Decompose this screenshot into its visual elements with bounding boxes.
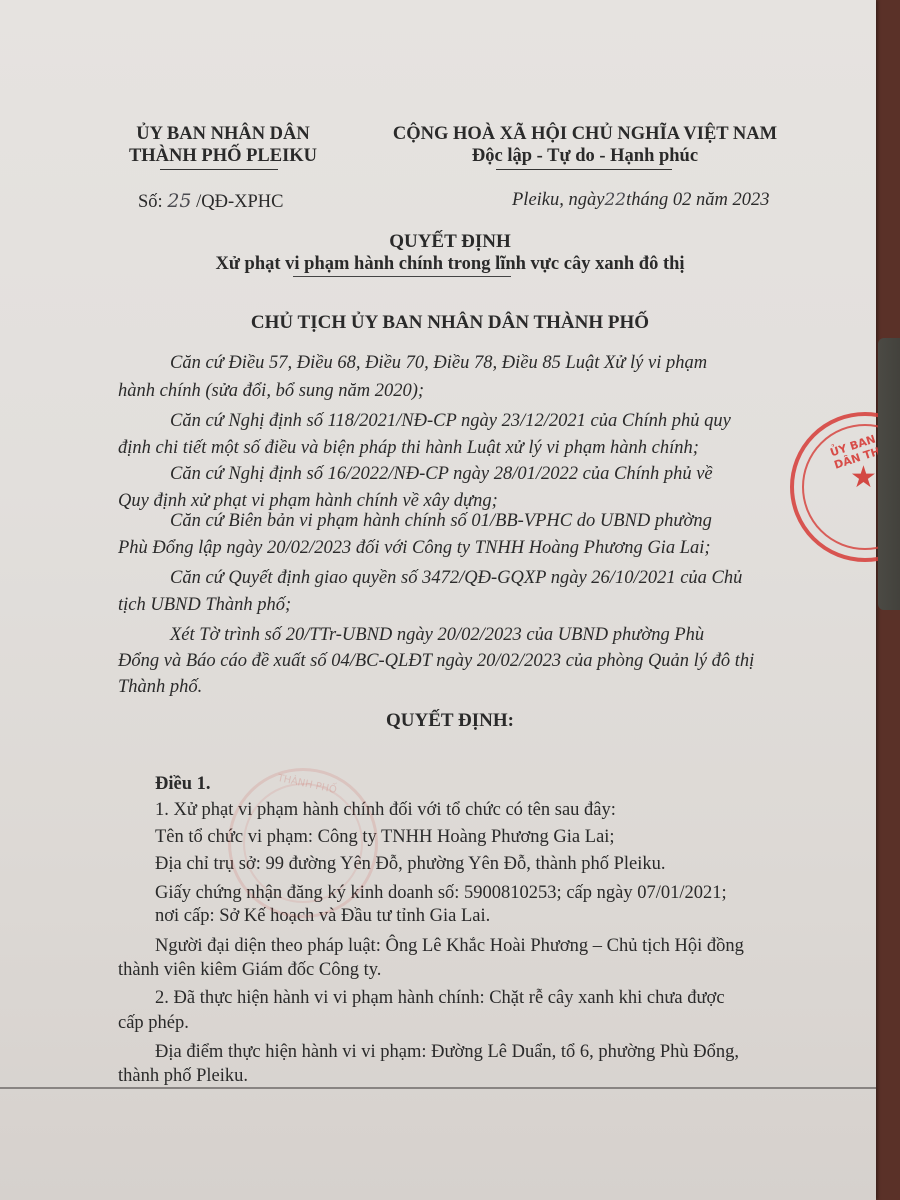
star-emblem-icon: ★ xyxy=(850,460,877,495)
underlying-page-edge xyxy=(0,1087,876,1089)
doc-no-suffix: /QĐ-XPHC xyxy=(196,192,283,212)
issuing-authority: CHỦ TỊCH ỦY BAN NHÂN DÂN THÀNH PHỐ xyxy=(100,312,800,334)
basis-6-line-2: Đổng và Báo cáo đề xuất số 04/BC-QLĐT ng… xyxy=(118,648,754,675)
document-subject: Xử phạt vi phạm hành chính trong lĩnh vự… xyxy=(100,254,800,275)
basis-2-line-1: Căn cứ Nghị định số 118/2021/NĐ-CP ngày … xyxy=(170,408,731,435)
dark-object-on-desk xyxy=(878,338,900,610)
basis-3-line-1: Căn cứ Nghị định số 16/2022/NĐ-CP ngày 2… xyxy=(170,461,713,488)
basis-1-line-1: Căn cứ Điều 57, Điều 68, Điều 70, Điều 7… xyxy=(170,350,707,377)
basis-5-line-2: tịch UBND Thành phố; xyxy=(118,592,291,619)
place-date: Pleiku, ngày22tháng 02 năm 2023 xyxy=(512,190,769,211)
basis-4-line-2: Phù Đổng lập ngày 20/02/2023 đối với Côn… xyxy=(118,535,711,562)
basis-1-line-2: hành chính (sửa đổi, bổ sung năm 2020); xyxy=(118,378,424,405)
faint-stamp-impression: THÀNH PHỐ xyxy=(228,768,378,918)
doc-no-handwritten: 25 xyxy=(167,190,191,212)
date-rest: tháng 02 năm 2023 xyxy=(626,190,769,210)
doc-no-label: Số: xyxy=(138,192,163,212)
basis-6-line-1: Xét Tờ trình số 20/TTr-UBND ngày 20/02/2… xyxy=(170,622,704,649)
article-1-item-1: 1. Xử phạt vi phạm hành chính đối với tổ… xyxy=(155,797,616,824)
issuer-line-2: THÀNH PHỐ PLEIKU xyxy=(118,146,328,167)
place-prefix: Pleiku, ngày xyxy=(512,190,604,210)
subject-underline xyxy=(293,276,511,277)
article-1-title: Điều 1. xyxy=(155,774,211,795)
document-page: ỦY BAN NHÂN DÂN THÀNH PHỐ PLEIKU Số: 25 … xyxy=(0,0,876,1200)
national-title: CỘNG HOÀ XÃ HỘI CHỦ NGHĨA VIỆT NAM xyxy=(385,124,785,145)
basis-2-line-2: định chi tiết một số điều và biện pháp t… xyxy=(118,435,699,462)
basis-4-line-1: Căn cứ Biên bản vi phạm hành chính số 01… xyxy=(170,508,712,535)
article-1-item-2-line-2: cấp phép. xyxy=(118,1010,189,1037)
issuer-line-1: ỦY BAN NHÂN DÂN xyxy=(118,124,328,145)
faint-stamp-text: THÀNH PHỐ xyxy=(277,773,338,796)
legal-representative-line-1: Người đại diện theo pháp luật: Ông Lê Kh… xyxy=(155,933,744,960)
violator-name: Tên tổ chức vi phạm: Công ty TNHH Hoàng … xyxy=(155,824,615,851)
document-number: Số: 25 /QĐ-XPHC xyxy=(138,190,284,213)
legal-representative-line-2: thành viên kiêm Giám đốc Công ty. xyxy=(118,957,381,984)
day-handwritten: 22 xyxy=(604,190,626,210)
issuer-underline xyxy=(160,169,278,170)
decision-heading: QUYẾT ĐỊNH: xyxy=(100,710,800,732)
document-title: QUYẾT ĐỊNH xyxy=(100,231,800,253)
national-motto: Độc lập - Tự do - Hạnh phúc xyxy=(385,146,785,167)
violation-location-line-1: Địa điểm thực hiện hành vi vi phạm: Đườn… xyxy=(155,1039,739,1066)
article-1-item-2-line-1: 2. Đã thực hiện hành vi vi phạm hành chí… xyxy=(155,985,725,1012)
motto-underline xyxy=(496,169,672,170)
basis-6-line-3: Thành phố. xyxy=(118,674,202,701)
basis-5-line-1: Căn cứ Quyết định giao quyền số 3472/QĐ-… xyxy=(170,565,742,592)
violation-location-line-2: thành phố Pleiku. xyxy=(118,1063,248,1090)
